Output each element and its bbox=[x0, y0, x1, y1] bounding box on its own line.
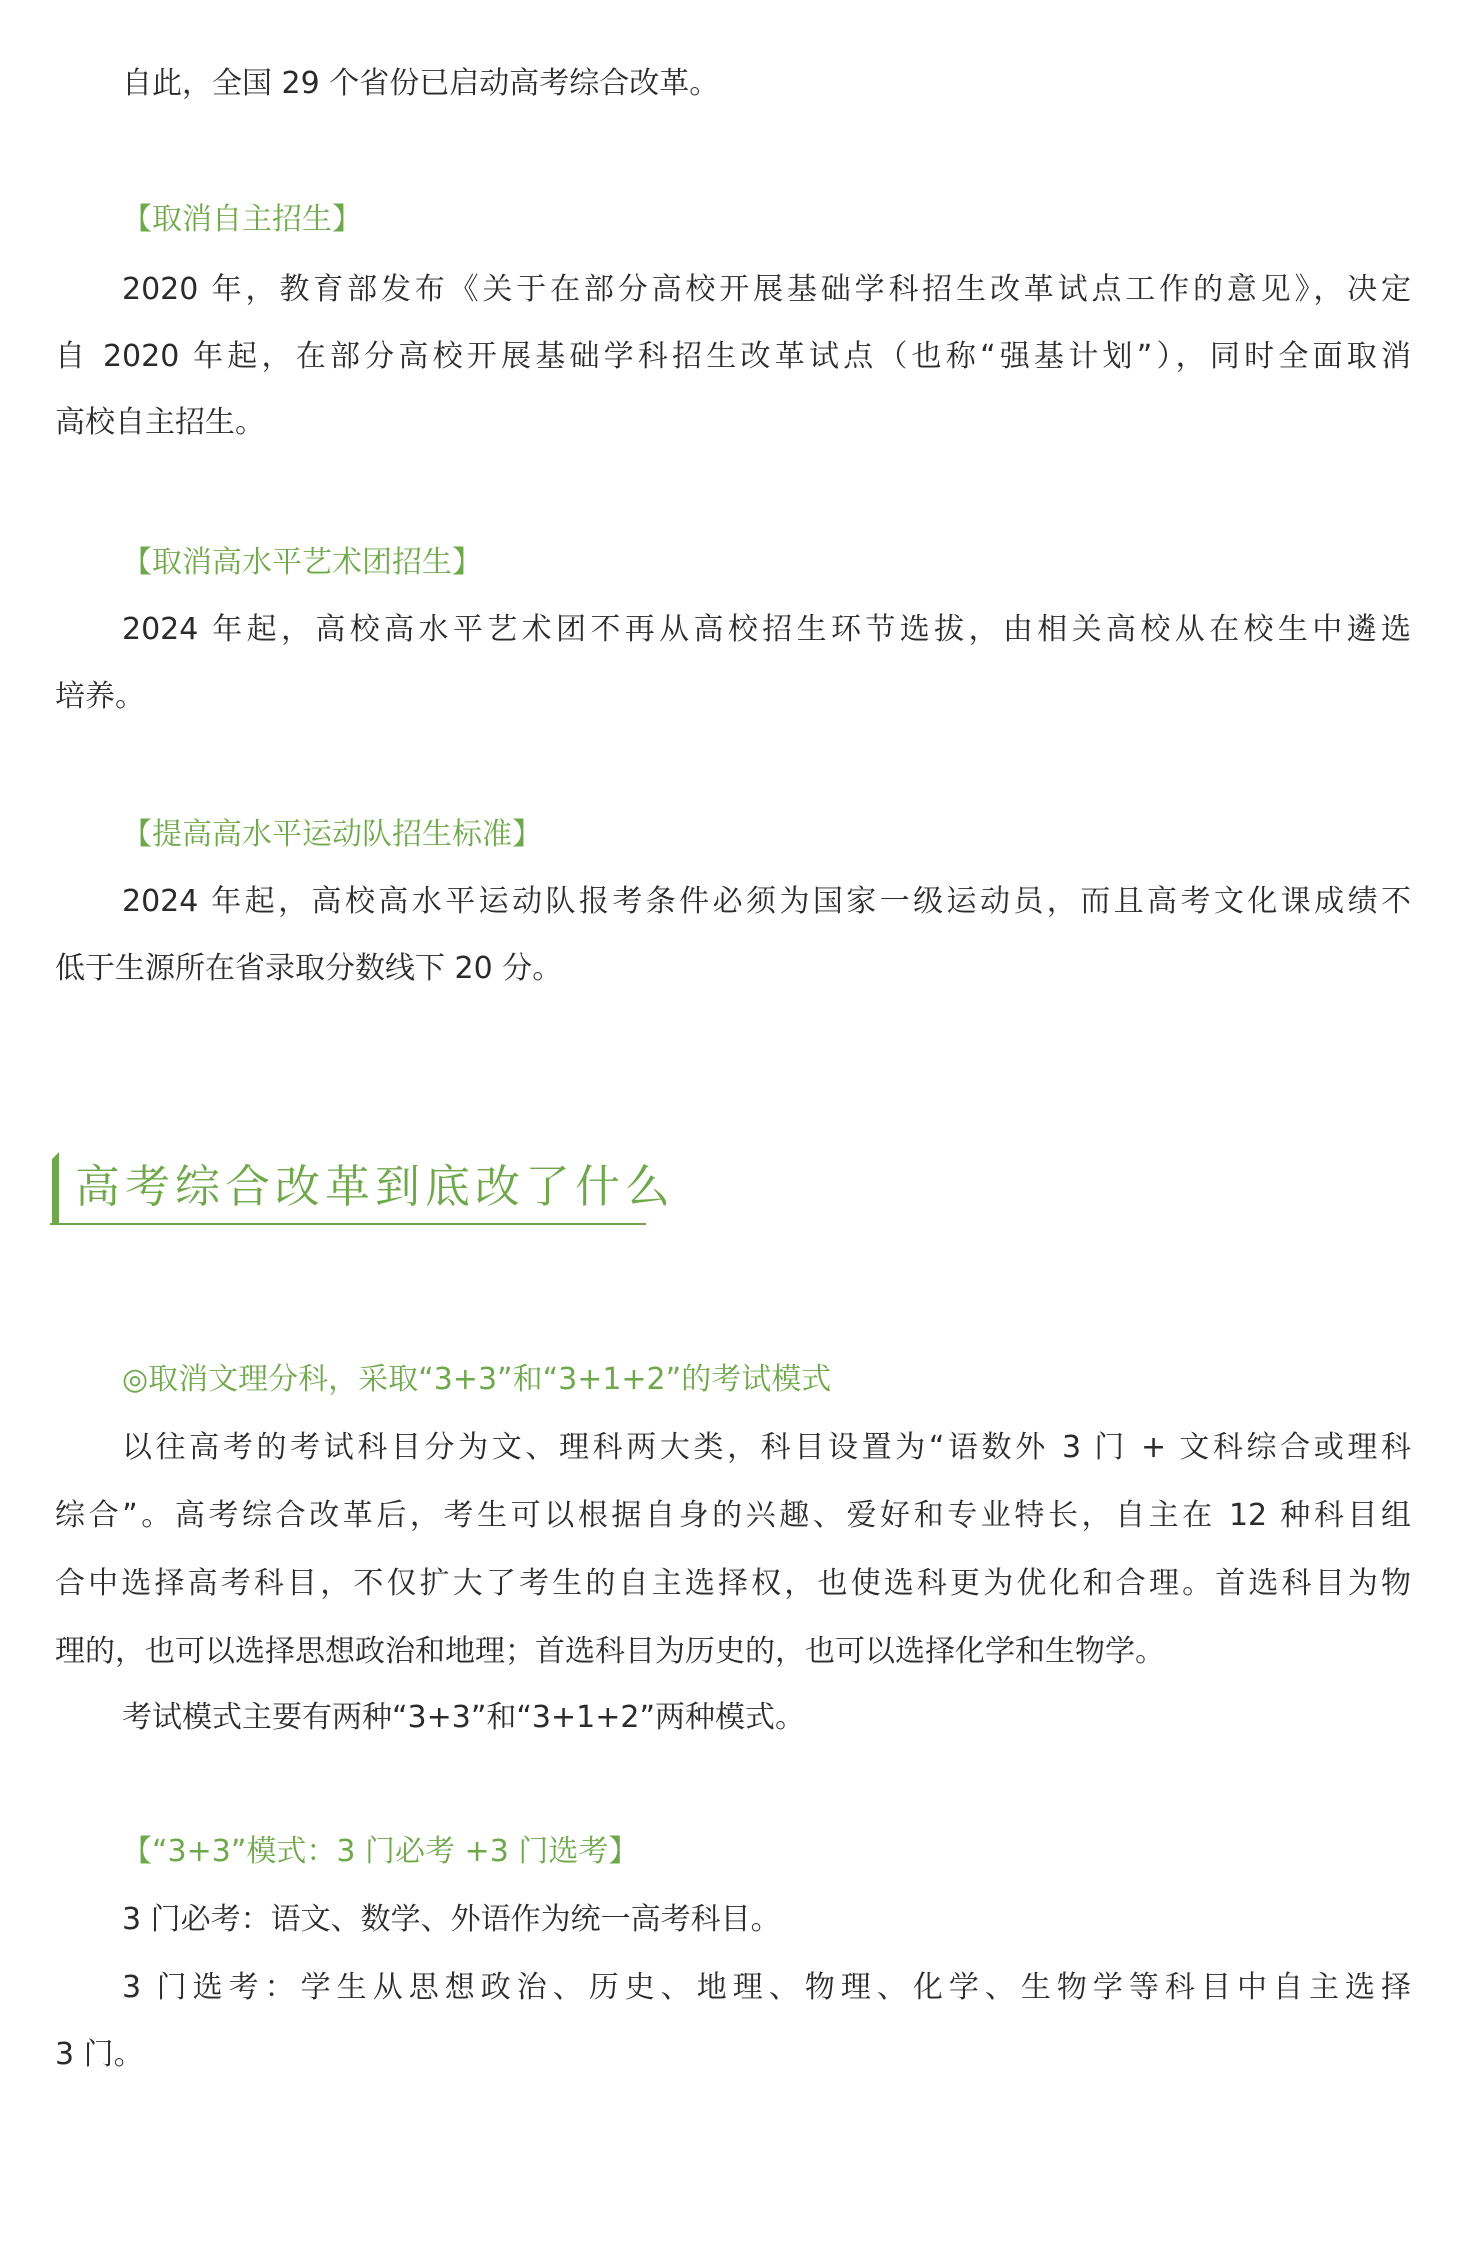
subheading-mode-3-3: 【“3+3”模式：3 门必考 +3 门选考】 bbox=[122, 1818, 1411, 1886]
paragraph-line: 理的，也可以选择思想政治和地理；首选科目为历史的，也可以选择化学和生物学。 bbox=[55, 1618, 1411, 1686]
heading-accent-bar bbox=[52, 1152, 59, 1223]
paragraph-line: 2020 年，教育部发布《关于在部分高校开展基础学科招生改革试点工作的意见》，决… bbox=[122, 256, 1411, 324]
paragraph-line: 培养。 bbox=[55, 663, 1411, 731]
reform-point-heading: ◎取消文理分科，采取“3+3”和“3+1+2”的考试模式 bbox=[122, 1346, 1411, 1414]
paragraph-line: 自 2020 年起，在部分高校开展基础学科招生改革试点（也称“强基计划”），同时… bbox=[55, 323, 1411, 391]
section-heading-title: 高考综合改革到底改了什么 bbox=[75, 1150, 675, 1223]
elective-subjects-line: 3 门选考：学生从思想政治、历史、地理、物理、化学、生物学等科目中自主选择 bbox=[122, 1954, 1411, 2022]
modes-paragraph: 考试模式主要有两种“3+3”和“3+1+2”两种模式。 bbox=[122, 1684, 1411, 1752]
section-heading: 高考综合改革到底改了什么 bbox=[50, 1150, 646, 1225]
paragraph-line: 2024 年起，高校高水平艺术团不再从高校招生环节选拔，由相关高校从在校生中遴选 bbox=[122, 596, 1411, 664]
intro-paragraph: 自此，全国 29 个省份已启动高考综合改革。 bbox=[122, 50, 1411, 118]
elective-subjects-line: 3 门。 bbox=[55, 2021, 1411, 2089]
paragraph-line: 合中选择高考科目，不仅扩大了考生的自主选择权，也使选科更为优化和合理。首选科目为… bbox=[55, 1550, 1411, 1618]
paragraph-line: 高校自主招生。 bbox=[55, 389, 1411, 457]
paragraph-line: 2024 年起，高校高水平运动队报考条件必须为国家一级运动员，而且高考文化课成绩… bbox=[122, 868, 1411, 936]
subheading-cancel-art-troupe: 【取消高水平艺术团招生】 bbox=[122, 529, 1411, 597]
subheading-cancel-independent-enrollment: 【取消自主招生】 bbox=[122, 186, 1411, 254]
paragraph-line: 低于生源所在省录取分数线下 20 分。 bbox=[55, 935, 1411, 1003]
paragraph-line: 以往高考的考试科目分为文、理科两大类，科目设置为“语数外 3 门 + 文科综合或… bbox=[122, 1414, 1411, 1482]
paragraph-line: 综合”。高考综合改革后，考生可以根据自身的兴趣、爱好和专业特长，自主在 12 种… bbox=[55, 1482, 1411, 1550]
subheading-raise-sports-standard: 【提高高水平运动队招生标准】 bbox=[122, 801, 1411, 869]
required-subjects-line: 3 门必考：语文、数学、外语作为统一高考科目。 bbox=[122, 1886, 1411, 1954]
